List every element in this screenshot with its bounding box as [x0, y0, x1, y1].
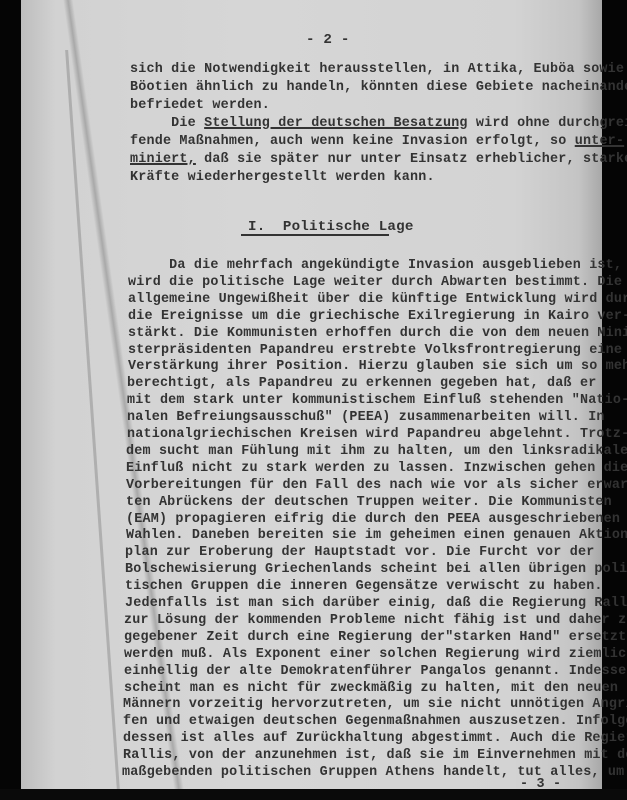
- body-line: Da die mehrfach angekündigte Invasion au…: [128, 258, 622, 274]
- body-line: dessen ist alles auf Zurückhaltung abges…: [123, 731, 627, 747]
- body-line: berechtigt, als Papandreu zu erkennen ge…: [127, 376, 596, 392]
- body-line: zur Lösung der kommenden Probleme nicht …: [124, 613, 627, 629]
- paragraph-2-line: miniert, daß sie später nur unter Einsat…: [130, 151, 627, 169]
- paragraph-1-line: Böotien ähnlich zu handeln, könnten dies…: [130, 79, 627, 97]
- body-line: stärkt. Die Kommunisten erhoffen durch d…: [128, 326, 627, 342]
- paragraph-2-line: fende Maßnahmen, auch wenn keine Invasio…: [130, 133, 624, 151]
- body-line: mit dem stark unter kommunistischem Einf…: [127, 393, 627, 409]
- underlined-phrase: Stellung der deutschen Besatzung: [204, 116, 468, 131]
- body-line: nalen Befreiungsausschuß" (PEEA) zusamme…: [127, 410, 605, 426]
- underlined-phrase: unter-: [575, 134, 624, 149]
- text-span: wird ohne durchgrei-: [468, 116, 627, 131]
- body-line: die Ereignisse um die griechische Exilre…: [128, 309, 627, 325]
- scan-edge: [0, 789, 627, 800]
- body-line: (EAM) propagieren eifrig die durch den P…: [126, 512, 620, 528]
- body-line: scheint man es nicht für zweckmäßig zu h…: [124, 681, 618, 697]
- body-line: Männern vorzeitig hervorzutreten, um sie…: [123, 697, 627, 713]
- body-line: sterpräsidenten Papandreu erstrebte Volk…: [128, 343, 622, 359]
- body-line: plan zur Eroberung der Hauptstadt vor. D…: [125, 545, 594, 561]
- body-line: gegebener Zeit durch eine Regierung der"…: [124, 630, 626, 646]
- body-line: fen und etwaigen deutschen Gegenmaßnahme…: [123, 714, 627, 730]
- body-line: Rallis, von der anzunehmen ist, daß sie …: [123, 748, 627, 764]
- body-line: einhellig der alte Demokratenführer Pang…: [124, 664, 627, 680]
- body-line: Jedenfalls ist man sich darüber einig, d…: [125, 596, 627, 612]
- body-line: werden muß. Als Exponent einer solchen R…: [124, 647, 627, 663]
- body-line: Verstärkung ihrer Position. Hierzu glaub…: [128, 359, 627, 375]
- paragraph-1-line: befriedet werden.: [130, 97, 270, 115]
- text-span: fende Maßnahmen, auch wenn keine Invasio…: [130, 134, 575, 149]
- body-line: tischen Gruppen die inneren Gegensätze v…: [125, 579, 603, 595]
- body-line: Einfluß nicht zu stark werden zu lassen.…: [126, 461, 627, 477]
- text-span: Die: [130, 116, 204, 131]
- heading-underline: [241, 234, 389, 236]
- body-line: Wahlen. Daneben bereiten sie im geheimen…: [126, 528, 627, 544]
- paragraph-1-line: sich die Notwendigkeit herausstellen, in…: [130, 61, 624, 79]
- body-line: dem sucht man Fühlung mit ihm zu halten,…: [126, 444, 627, 460]
- paragraph-2-line: Die Stellung der deutschen Besatzung wir…: [130, 115, 627, 133]
- body-line: wird die politische Lage weiter durch Ab…: [128, 275, 622, 291]
- page-number-top: - 2 -: [306, 31, 350, 49]
- text-span: daß sie später nur unter Einsatz erhebli…: [196, 152, 627, 167]
- body-line: nationalgriechischen Kreisen wird Papand…: [127, 427, 627, 443]
- paragraph-2-line: Kräfte wiederhergestellt werden kann.: [130, 169, 435, 187]
- body-line: Bolschewisierung Griechenlands scheint b…: [125, 562, 627, 578]
- body-line: allgemeine Ungewißheit über die künftige…: [128, 292, 627, 308]
- body-line: ten Abrückens der deutschen Truppen weit…: [126, 495, 612, 511]
- body-line: Vorbereitungen für den Fall des nach wie…: [126, 478, 627, 494]
- underlined-phrase: miniert,: [130, 152, 196, 167]
